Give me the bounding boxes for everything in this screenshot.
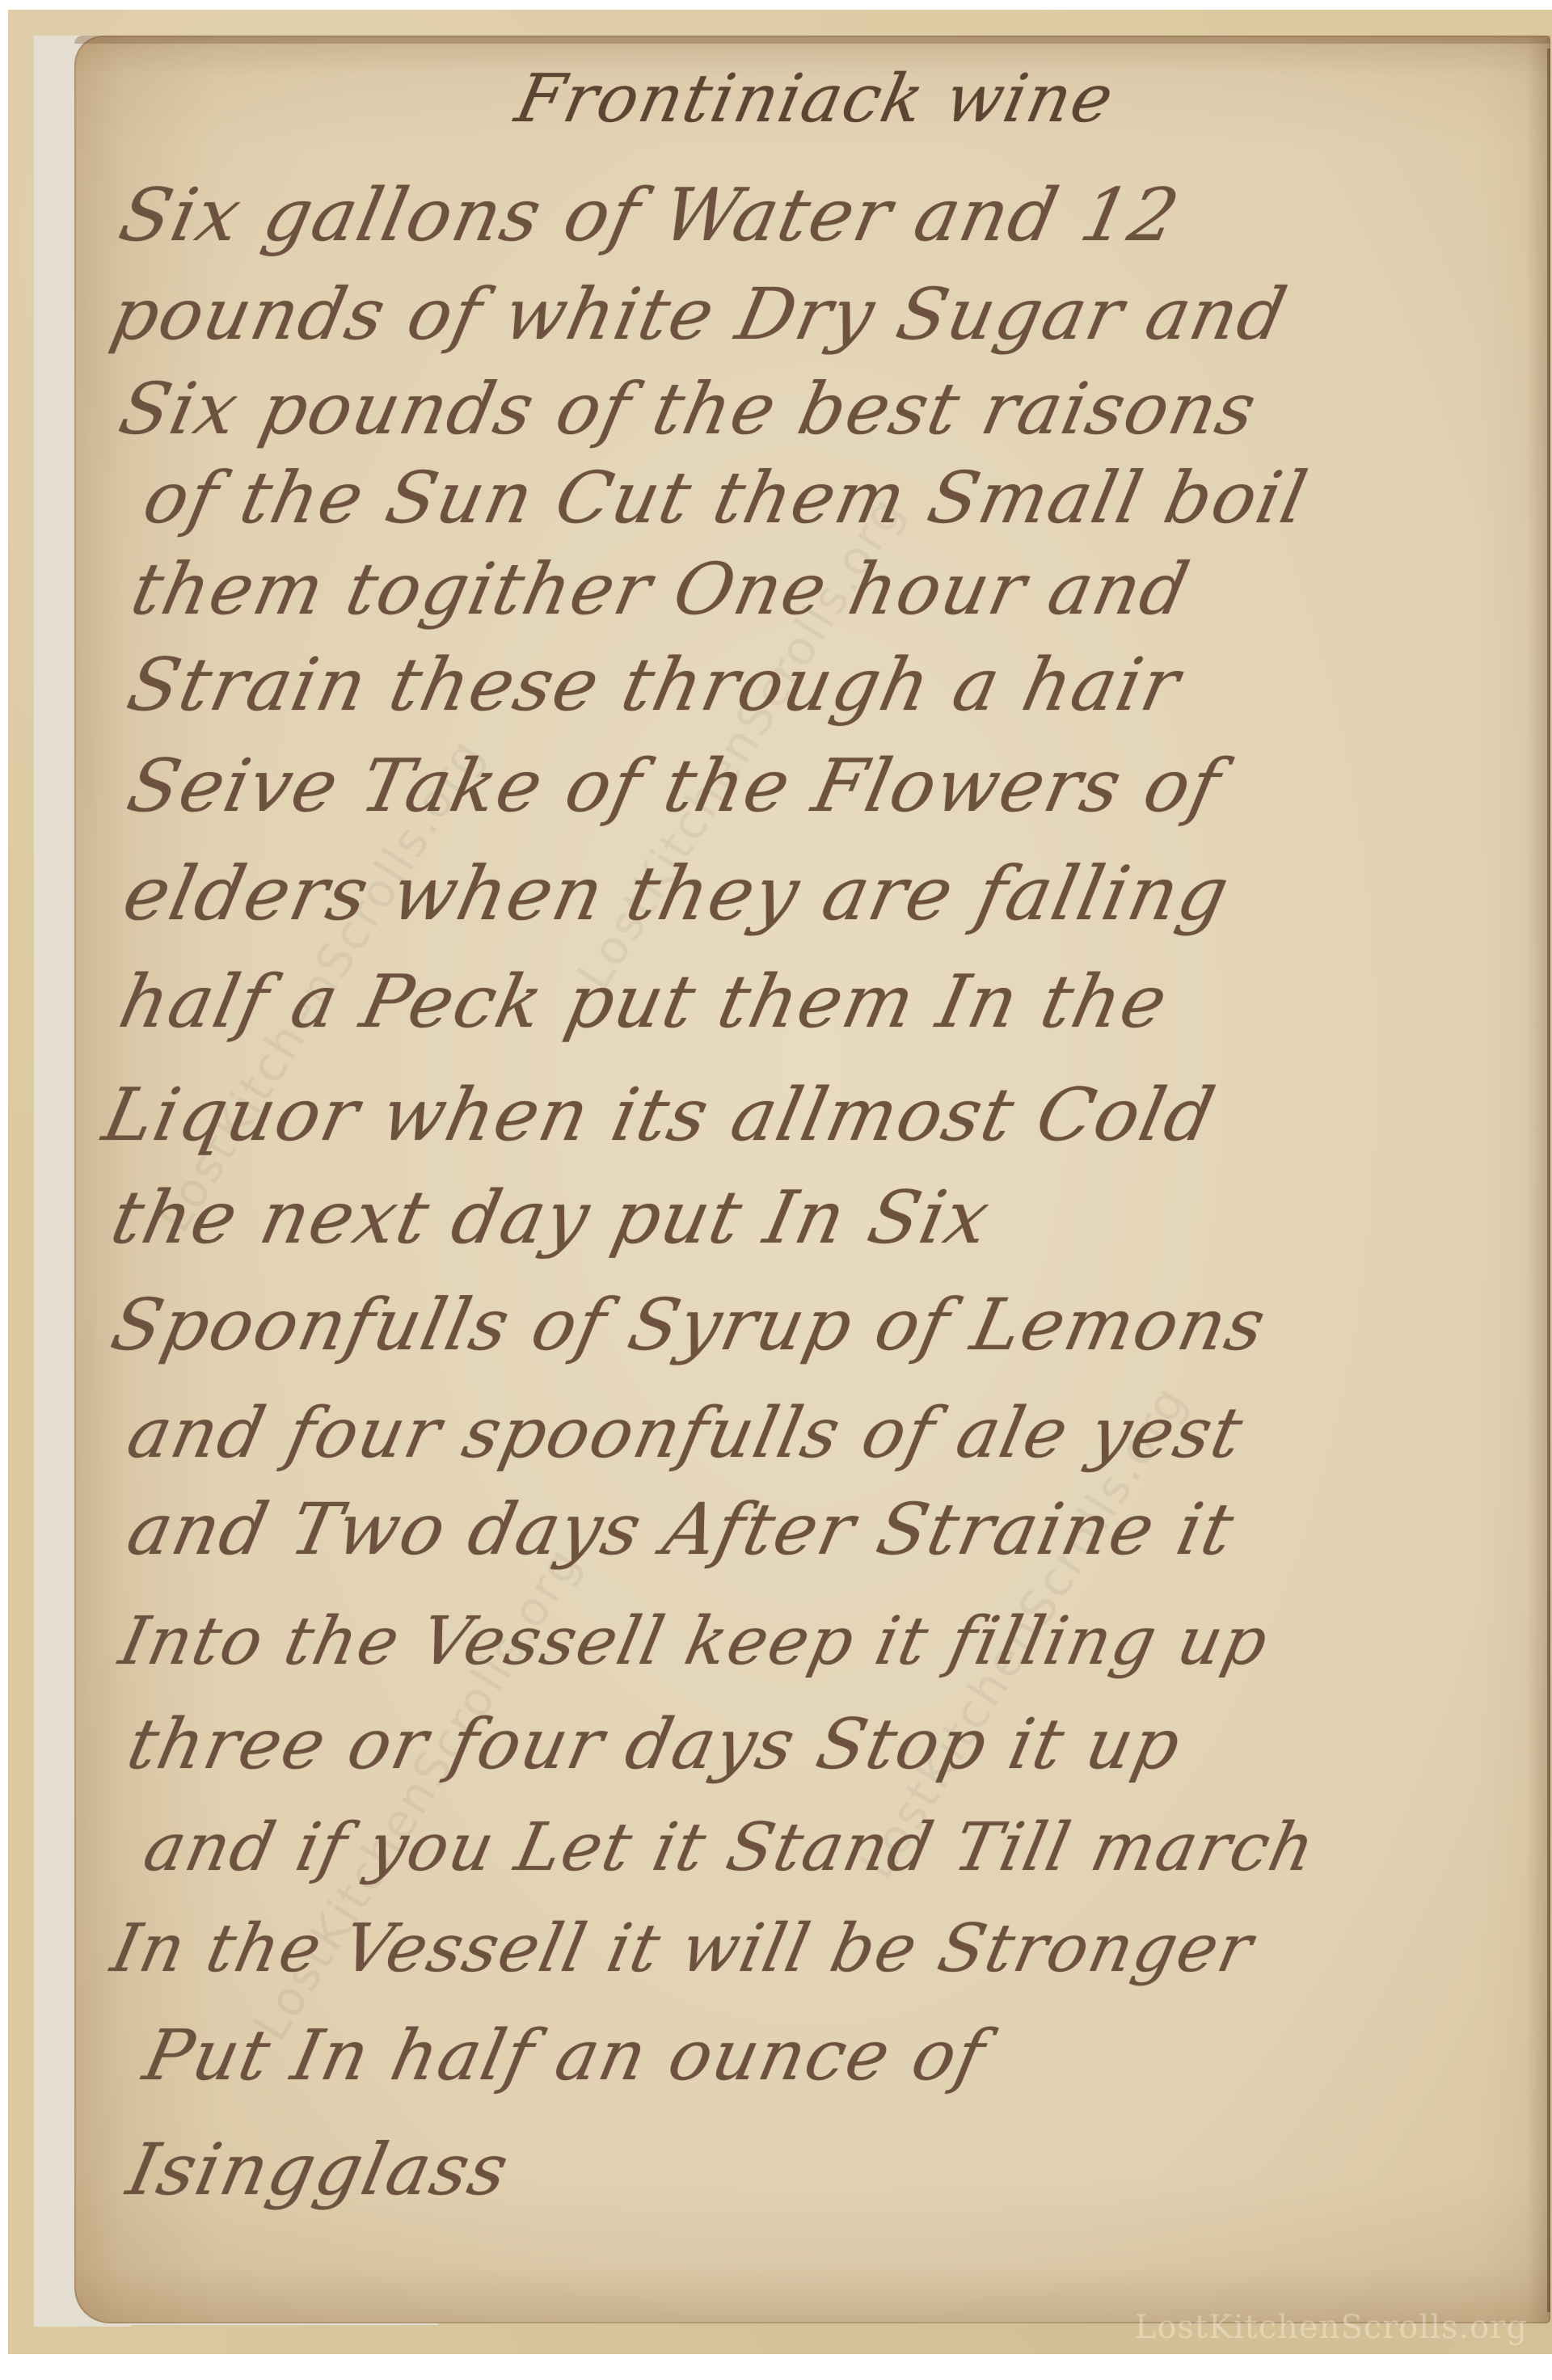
manuscript-line: Put In half an ounce of xyxy=(138,2021,992,2091)
manuscript-line: In the Vessell it will be Stronger xyxy=(106,1916,1259,1982)
manuscript-line: elders when they are falling xyxy=(117,857,1236,931)
manuscript-line: Spoonfulls of Syrup of Lemons xyxy=(106,1289,1273,1361)
manuscript-line: the next day put In Six xyxy=(105,1182,996,1255)
manuscript-line: Six pounds of the best raisons xyxy=(114,373,1263,445)
manuscript-line: half a Peck put them In the xyxy=(113,966,1174,1039)
manuscript-line: of the Sun Cut them Small boil xyxy=(138,462,1314,534)
recipe-title: Frontiniack wine xyxy=(510,66,1120,133)
manuscript-line: and if you Let it Stand Till march xyxy=(138,1815,1322,1881)
manuscript-line: Isingglass xyxy=(122,2134,516,2205)
manuscript-line: and four spoonfulls of ale yest xyxy=(122,1399,1250,1468)
manuscript-line: them togither One hour and xyxy=(126,554,1196,625)
manuscript-line: Seive Take of the Flowers of xyxy=(121,750,1227,823)
manuscript-line: pounds of white Dry Sugar and xyxy=(106,279,1294,350)
paper-right-edge xyxy=(1547,49,1550,2312)
paper-worn-top-edge xyxy=(74,36,1550,44)
manuscript-line: Liquor when its allmost Cold xyxy=(97,1079,1221,1152)
manuscript-line: Six gallons of Water and 12 xyxy=(113,179,1186,252)
manuscript-line: and Two days After Straine it xyxy=(122,1494,1241,1565)
site-watermark: LostKitchenScrolls.org xyxy=(1135,2309,1528,2346)
manuscript-line: Strain these through a hair xyxy=(121,649,1187,722)
manuscript-line: three or four days Stop it up xyxy=(122,1710,1187,1779)
manuscript-line: Into the Vessell keep it filling up xyxy=(114,1609,1274,1675)
